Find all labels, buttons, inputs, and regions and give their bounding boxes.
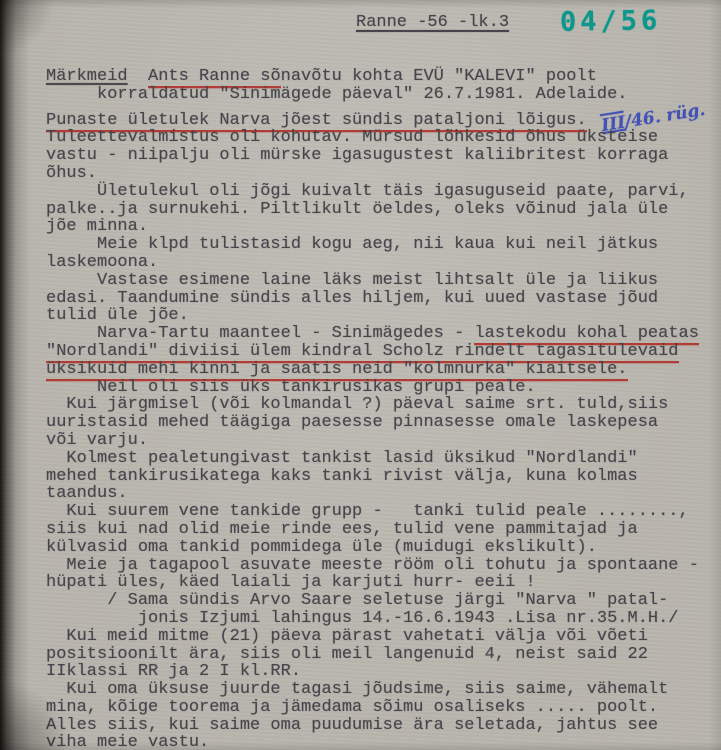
text-segment: edasi. Taandumine sündis alles hiljem, k… bbox=[46, 289, 658, 308]
text-segment: Meie klpd tulistasid kogu aeg, nii kaua … bbox=[46, 235, 658, 254]
scanned-document-page: { "header": { "reference": "Ranne -56 -l… bbox=[0, 0, 721, 750]
text-segment: Kui järgmisel (või kolmandal ?) päeval s… bbox=[46, 395, 668, 414]
text-segment: navõtu kohta EVÜ "KALEVI" poolt bbox=[281, 67, 597, 86]
underlined-text: Märkmeid bbox=[46, 67, 128, 86]
text-segment: viha meie vastu. bbox=[46, 733, 209, 750]
document-line: positsioonilt ära, siis oli meil langenu… bbox=[46, 646, 699, 664]
document-line: Vastase esimene laine läks meist lihtsal… bbox=[46, 272, 699, 290]
document-line: Kolmest pealetungivast tankist lasid üks… bbox=[46, 450, 699, 468]
text-segment: jõe minna. bbox=[46, 217, 148, 236]
text-segment: Meie ja tagapool asuvate meeste rööm oli… bbox=[46, 556, 699, 575]
text-segment: Neil oli siis üks tankirusikas grupi pea… bbox=[46, 378, 536, 397]
text-segment: / Sama sündis Arvo Saare seletuse järgi … bbox=[46, 591, 668, 610]
document-line: viha meie vastu. bbox=[46, 734, 699, 750]
text-segment: Vastase esimene laine läks meist lihtsal… bbox=[46, 271, 658, 290]
text-segment: Kui suurem vene tankide grupp - tanki tu… bbox=[46, 502, 689, 521]
page-header-reference: Ranne -56 -lk.3 bbox=[356, 13, 509, 32]
document-line: uuristasid mehed täägiga paesesse pinnas… bbox=[46, 414, 699, 432]
text-segment: Kui oma üksuse juurde tagasi jõudsime, s… bbox=[46, 680, 668, 699]
text-segment: külvasid oma tankid pommidega üle (muidu… bbox=[46, 538, 597, 557]
text-segment: Alles siis, kui saime oma puudumise ära … bbox=[46, 716, 658, 735]
document-line: külvasid oma tankid pommidega üle (muidu… bbox=[46, 539, 699, 557]
text-segment: Kolmest pealetungivast tankist lasid üks… bbox=[46, 449, 638, 468]
document-line: taandus. bbox=[46, 485, 699, 503]
text-segment: Tuleettevalmistus oli kohutav. Mürsud lõ… bbox=[46, 128, 658, 147]
text-segment: Narva-Tartu maanteel - Sinimägedes - bbox=[46, 324, 474, 343]
text-segment: hüpati üles, käed laiali ja karjuti hurr… bbox=[46, 573, 536, 592]
text-segment: või varju. bbox=[46, 431, 148, 450]
document-line: Kui suurem vene tankide grupp - tanki tu… bbox=[46, 503, 699, 521]
text-segment: õhus. bbox=[46, 164, 97, 183]
text-segment: IIklassi RR ja 2 I kl.RR. bbox=[46, 662, 301, 681]
document-line: tulid üle jõe. bbox=[46, 307, 699, 325]
document-line: IIklassi RR ja 2 I kl.RR. bbox=[46, 663, 699, 681]
document-line: Neil oli siis üks tankirusikas grupi pea… bbox=[46, 379, 699, 397]
document-line: edasi. Taandumine sündis alles hiljem, k… bbox=[46, 290, 699, 308]
text-segment bbox=[128, 67, 148, 86]
document-line: Meie klpd tulistasid kogu aeg, nii kaua … bbox=[46, 236, 699, 254]
document-line: Punaste ületulek Narva jõest sündis pata… bbox=[46, 112, 699, 130]
document-line: Kui järgmisel (või kolmandal ?) päeval s… bbox=[46, 396, 699, 414]
document-line: jõe minna. bbox=[46, 218, 699, 236]
text-segment: vastu - niipalju oli mürske igasugustest… bbox=[46, 146, 668, 165]
archive-number-stamp: 04/56 bbox=[560, 5, 662, 38]
text-segment: mina, kõige toorema ja jämedama sõimu os… bbox=[46, 698, 658, 717]
text-segment: jonis Izjumi lahingus 14.-16.6.1943 .Lis… bbox=[46, 609, 679, 628]
document-line: Kui meid mitme (21) päeva pärast vahetat… bbox=[46, 628, 699, 646]
document-line: õhus. bbox=[46, 165, 699, 183]
document-line: Ületulekul oli jõgi kuivalt täis igasugu… bbox=[46, 183, 699, 201]
text-segment: taandus. bbox=[46, 484, 128, 503]
document-line: või varju. bbox=[46, 432, 699, 450]
document-line: Narva-Tartu maanteel - Sinimägedes - las… bbox=[46, 325, 699, 343]
text-segment: Kui meid mitme (21) päeva pärast vahetat… bbox=[46, 627, 648, 646]
document-line: jonis Izjumi lahingus 14.-16.6.1943 .Lis… bbox=[46, 610, 699, 628]
document-line: Meie ja tagapool asuvate meeste rööm oli… bbox=[46, 557, 699, 575]
document-line: siis kui nad olid meie rinde ees, tulid … bbox=[46, 521, 699, 539]
text-segment: mehed tankirusikatega kaks tanki rivist … bbox=[46, 467, 638, 486]
text-segment: tulid üle jõe. bbox=[46, 306, 189, 325]
text-segment: palke..ja surnukehi. Piltlikult öeldes, … bbox=[46, 200, 668, 219]
text-segment: siis kui nad olid meie rinde ees, tulid … bbox=[46, 520, 638, 539]
text-segment: korraldatud "Sinimägede päeval" 26.7.198… bbox=[46, 85, 628, 104]
document-line: "Nordlandi" diviisi ülem kindral Scholz … bbox=[46, 343, 699, 361]
document-line: mehed tankirusikatega kaks tanki rivist … bbox=[46, 468, 699, 486]
document-line: korraldatud "Sinimägede päeval" 26.7.198… bbox=[46, 86, 699, 104]
text-segment: Ületulekul oli jõgi kuivalt täis igasugu… bbox=[46, 182, 689, 201]
document-line: laskemoona. bbox=[46, 254, 699, 272]
document-line: Tuleettevalmistus oli kohutav. Mürsud lõ… bbox=[46, 129, 699, 147]
document-line: palke..ja surnukehi. Piltlikult öeldes, … bbox=[46, 201, 699, 219]
document-line: vastu - niipalju oli mürske igasugustest… bbox=[46, 147, 699, 165]
document-line: Kui oma üksuse juurde tagasi jõudsime, s… bbox=[46, 681, 699, 699]
text-segment: positsioonilt ära, siis oli meil langenu… bbox=[46, 645, 648, 664]
document-line: Märkmeid Ants Ranne sõnavõtu kohta EVÜ "… bbox=[46, 68, 699, 86]
document-line: hüpati üles, käed laiali ja karjuti hurr… bbox=[46, 574, 699, 592]
document-line: mina, kõige toorema ja jämedama sõimu os… bbox=[46, 699, 699, 717]
document-line: üksikuid mehi kinni ja saatis neid "kolm… bbox=[46, 361, 699, 379]
text-segment: uuristasid mehed täägiga paesesse pinnas… bbox=[46, 413, 658, 432]
document-line: / Sama sündis Arvo Saare seletuse järgi … bbox=[46, 592, 699, 610]
typed-body: Märkmeid Ants Ranne sõnavõtu kohta EVÜ "… bbox=[46, 68, 699, 750]
text-segment: laskemoona. bbox=[46, 253, 158, 272]
document-line: Alles siis, kui saime oma puudumise ära … bbox=[46, 717, 699, 735]
